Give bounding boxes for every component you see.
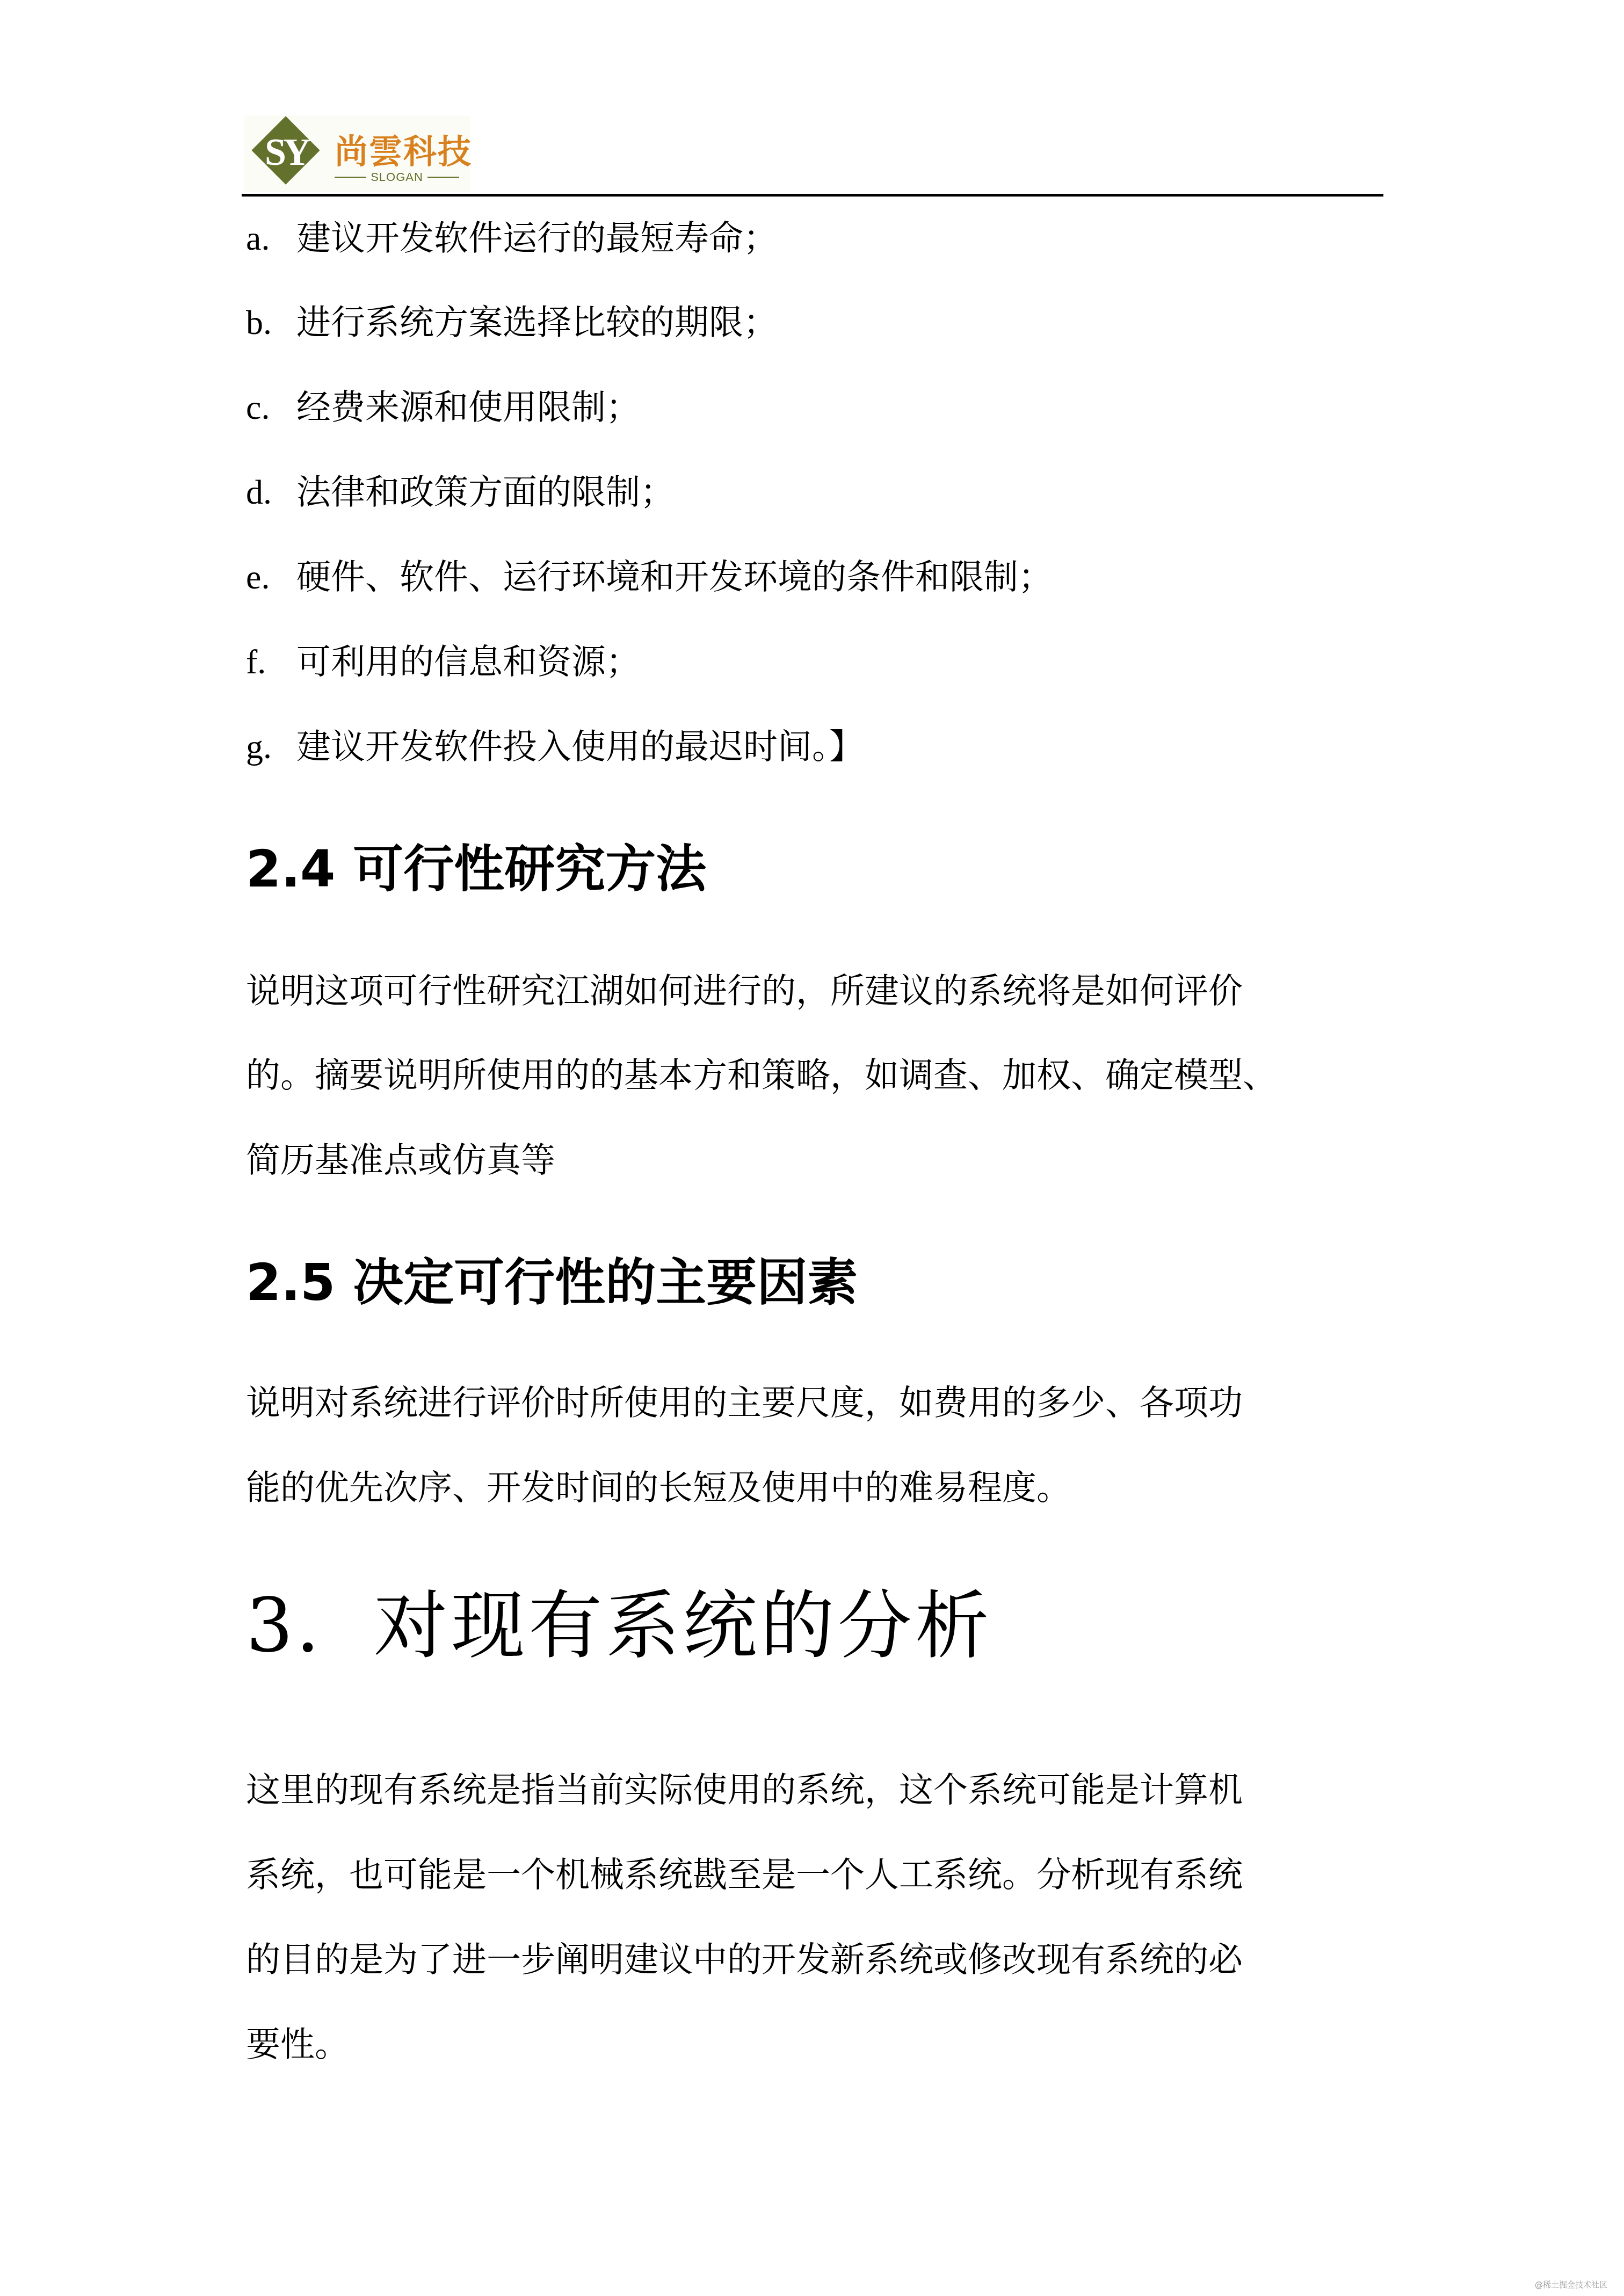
header-divider <box>242 194 1383 197</box>
list-item-letter: d. <box>246 471 296 514</box>
watermark: @稀土掘金技术社区 <box>1535 2279 1607 2290</box>
list-item: g.建议开发软件投入使用的最迟时间。】 <box>246 725 864 768</box>
list-item: f.可利用的信息和资源； <box>246 641 640 684</box>
list-item-letter: e. <box>246 556 296 599</box>
list-item-text: 硬件、软件、运行环境和开发环境的条件和限制； <box>296 557 1053 597</box>
list-item: d.法律和政策方面的限制； <box>246 471 675 514</box>
section-heading-2-4: 2.4 可行性研究方法 <box>246 840 706 899</box>
paragraph-line: 简历基准点或仿真等 <box>246 1139 555 1182</box>
logo-slogan-row: SLOGAN <box>335 169 459 185</box>
slogan-rule-left <box>335 177 366 178</box>
paragraph-line: 的目的是为了进一步阐明建议中的开发新系统或修改现有系统的必 <box>246 1938 1243 1981</box>
logo-company-name: 尚雲科技 <box>335 125 472 173</box>
list-item-letter: f. <box>246 641 296 684</box>
chapter-heading-3: 3．对现有系统的分析 <box>246 1583 992 1669</box>
list-item-letter: b. <box>246 301 296 344</box>
paragraph-line: 说明这项可行性研究江湖如何进行的，所建议的系统将是如何评价 <box>246 970 1243 1013</box>
logo-monogram: SY <box>259 125 313 179</box>
list-item: e.硬件、软件、运行环境和开发环境的条件和限制； <box>246 556 1053 599</box>
list-item-text: 进行系统方案选择比较的期限； <box>296 303 778 343</box>
list-item-text: 建议开发软件运行的最短寿命； <box>296 219 778 258</box>
paragraph-line: 这里的现有系统是指当前实际使用的系统，这个系统可能是计算机 <box>246 1769 1243 1812</box>
paragraph-line: 能的优先次序、开发时间的长短及使用中的难易程度。 <box>246 1466 1071 1509</box>
company-logo: SY 尚雲科技 SLOGAN <box>244 115 470 192</box>
list-item-text: 可利用的信息和资源； <box>296 642 640 682</box>
paragraph-line: 说明对系统进行评价时所使用的主要尺度，如费用的多少、各项功 <box>246 1382 1243 1425</box>
document-page: SY 尚雲科技 SLOGAN a.建议开发软件运行的最短寿命； b.进行系统方案… <box>0 0 1624 2296</box>
list-item-text: 建议开发软件投入使用的最迟时间。】 <box>296 727 864 767</box>
paragraph-line: 的。摘要说明所使用的的基本方和策略，如调查、加权、确定模型、 <box>246 1054 1277 1097</box>
list-item-letter: g. <box>246 725 296 768</box>
list-item: b.进行系统方案选择比较的期限； <box>246 301 778 344</box>
list-item-text: 经费来源和使用限制； <box>296 388 640 427</box>
logo-slogan: SLOGAN <box>371 170 423 184</box>
list-item: a.建议开发软件运行的最短寿命； <box>246 217 778 260</box>
paragraph-line: 系统，也可能是一个机械系统戡至是一个人工系统。分析现有系统 <box>246 1854 1243 1897</box>
paragraph-line: 要性。 <box>246 2023 349 2066</box>
section-heading-2-5: 2.5 决定可行性的主要因素 <box>246 1254 858 1313</box>
list-item-letter: c. <box>246 386 296 429</box>
list-item-text: 法律和政策方面的限制； <box>296 473 675 512</box>
slogan-rule-right <box>427 177 459 178</box>
list-item-letter: a. <box>246 217 296 260</box>
list-item: c.经费来源和使用限制； <box>246 386 640 429</box>
